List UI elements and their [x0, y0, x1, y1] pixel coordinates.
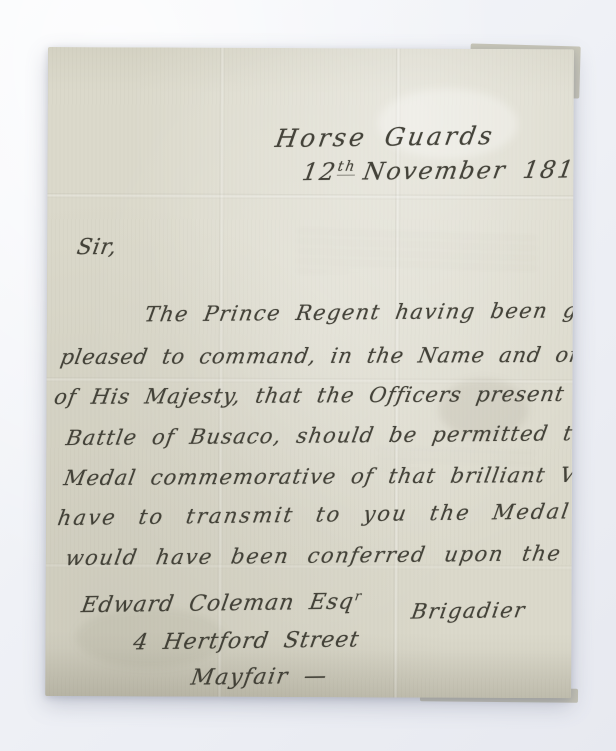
photo-background: Horse Guards 12thNovember 1813. Sir, The…: [0, 0, 616, 751]
recipient-address-line-2: Mayfair —: [189, 664, 329, 691]
letterhead-date: 12thNovember 1813.: [300, 155, 574, 186]
body-line-1: The Prince Regent having been graciously: [143, 297, 574, 326]
letter-sheet: Horse Guards 12thNovember 1813. Sir, The…: [45, 47, 574, 698]
date-day: 12: [300, 158, 339, 186]
date-ordinal-suffix: th: [336, 159, 357, 176]
letterhead-place: Horse Guards: [273, 121, 497, 153]
recipient-address-line-1: 4 Hertford Street: [131, 627, 361, 655]
recipient-name-text: Edward Coleman Esq: [80, 590, 356, 619]
signature-rank: Brigadier: [410, 598, 528, 624]
body-line-5: Medal commemorative of that brilliant Vi…: [62, 462, 574, 490]
ink-showthrough-smudge: [297, 230, 537, 273]
recipient-name: Edward Coleman Esqr: [80, 589, 364, 618]
body-line-6: have to transmit to you the Medal which: [56, 498, 574, 530]
horizontal-fold-crease-top: [47, 193, 573, 200]
body-line-7: would have been conferred upon the late: [64, 541, 574, 570]
body-line-4: Battle of Busaco, should be permitted to…: [64, 420, 574, 450]
date-month-year: November 1813.: [361, 155, 574, 185]
salutation: Sir,: [75, 235, 119, 260]
recipient-name-suffix: r: [354, 589, 364, 604]
body-line-2: pleased to command, in the Name and on t…: [59, 342, 574, 369]
body-line-3: of His Majesty, that the Officers presen…: [52, 381, 574, 409]
